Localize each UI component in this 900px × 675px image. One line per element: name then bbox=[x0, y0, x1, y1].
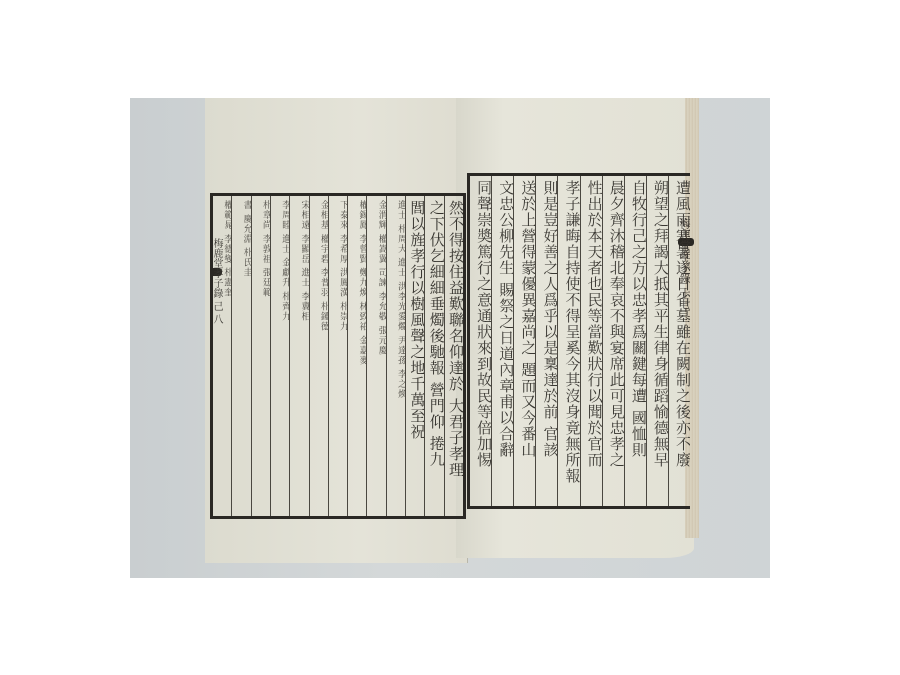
text-column: 閭以旌孝行以樹風聲之地千萬至祝 bbox=[405, 196, 424, 516]
right-page-text-frame: 遭風雨寒暑遂日省墓雖在闕制之後亦不廢 朔望之拜謁大抵其平生律身循蹈愉德無早 自牧… bbox=[467, 173, 690, 509]
text-column: 之下伏乞細細垂燭後馳報 營門仰 捲九 bbox=[424, 196, 443, 516]
text-column: 然不得按住益歎聯名仰達於 大君子孝理 bbox=[444, 196, 463, 516]
text-column: 晨夕齊沐稽北奉哀不與宴席此可見忠孝之 bbox=[602, 176, 624, 506]
name-column: 權錫鳳 李曾賢 鄭九煥 林致祐 金嘉麥 bbox=[347, 196, 366, 516]
left-page-columns: 然不得按住益歎聯名仰達於 大君子孝理 之下伏乞細細垂燭後馳報 營門仰 捲九 閭以… bbox=[213, 196, 463, 516]
left-page-number: 八 bbox=[211, 314, 222, 324]
right-margin-title: 梅鹿堂孝子錄 十七 bbox=[678, 218, 692, 518]
name-column: 下泰來 李希厚 洪鳳漢 朴崇九 bbox=[328, 196, 347, 516]
name-column: 金相基 權宇碧 李普羽 朴鍾德 bbox=[309, 196, 328, 516]
name-column: 朴章尚 李敦祖 張廷範 bbox=[251, 196, 270, 516]
name-column: 進士 朴周大 進士 洪李光愛燭 尹達孫 李之煥 bbox=[386, 196, 405, 516]
text-column: 則是豈好善之人爲乎以是稟達於前 官該 bbox=[535, 176, 557, 506]
book-photograph: 然不得按住益歎聯名仰達於 大君子孝理 之下伏乞細細垂燭後馳報 營門仰 捲九 閭以… bbox=[130, 98, 770, 578]
name-column: 宋相遠 李顯岳 進士 李冀相 bbox=[289, 196, 308, 516]
right-margin-title-text: 梅鹿堂孝子錄 bbox=[678, 218, 691, 284]
text-column: 送於上營得蒙優異嘉尚之 題而又今番山 bbox=[513, 176, 535, 506]
text-column: 自牧行己之方以忠孝爲關鍵每遭 國恤則 bbox=[624, 176, 646, 506]
text-column: 朔望之拜謁大抵其平生律身循蹈愉德無早 bbox=[646, 176, 668, 506]
right-page-columns: 遭風雨寒暑遂日省墓雖在闕制之後亦不廢 朔望之拜謁大抵其平生律身循蹈愉德無早 自牧… bbox=[470, 176, 690, 506]
name-column: 李周睦 進士 金獻升 朴齊九 bbox=[270, 196, 289, 516]
left-margin-title: 梅鹿堂孝子錄 己 八 bbox=[210, 238, 224, 498]
left-margin-title-text: 梅鹿堂孝子錄 己 bbox=[211, 238, 222, 311]
name-column: 金渭輝 權嵩翼 司諫 李允敬 張元慶 bbox=[366, 196, 385, 516]
right-page-number: 十七 bbox=[678, 288, 691, 310]
text-column: 文忠公柳先生 賜祭之日道內章甫以合辭 bbox=[491, 176, 513, 506]
name-column: 書 慶允淵 朴氏圭 bbox=[231, 196, 250, 516]
text-column: 同聲崇奬篤行之意通狀來到故民等倍加惕 bbox=[470, 176, 491, 506]
left-page-text-frame: 然不得按住益歎聯名仰達於 大君子孝理 之下伏乞細細垂燭後馳報 營門仰 捲九 閭以… bbox=[210, 193, 466, 519]
text-column: 性出於本天者也民等當歎狀行以聞於官而 bbox=[580, 176, 602, 506]
text-column: 孝子謙晦自持使不得呈奚今其沒身竟無所報 bbox=[557, 176, 579, 506]
